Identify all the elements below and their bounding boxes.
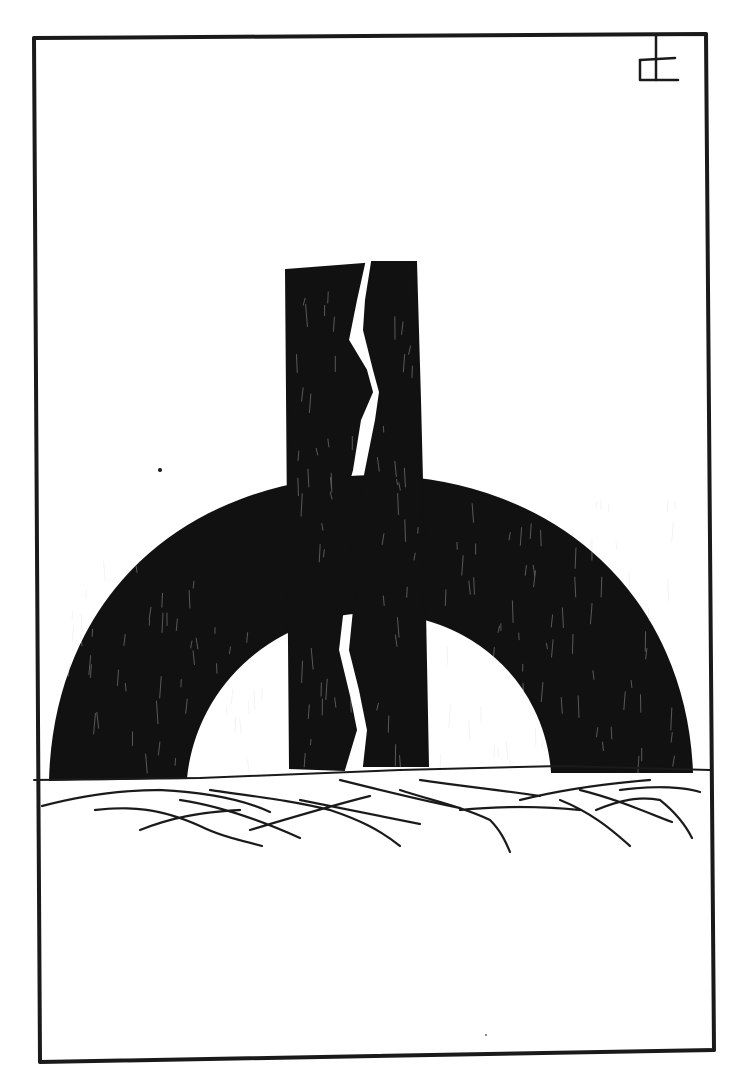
pillar-right — [348, 262, 428, 766]
ink-speck — [485, 1034, 487, 1036]
ink-illustration — [0, 0, 750, 1088]
roots — [42, 780, 700, 852]
ink-speck — [158, 468, 162, 472]
corner-glyph-icon — [640, 36, 678, 80]
